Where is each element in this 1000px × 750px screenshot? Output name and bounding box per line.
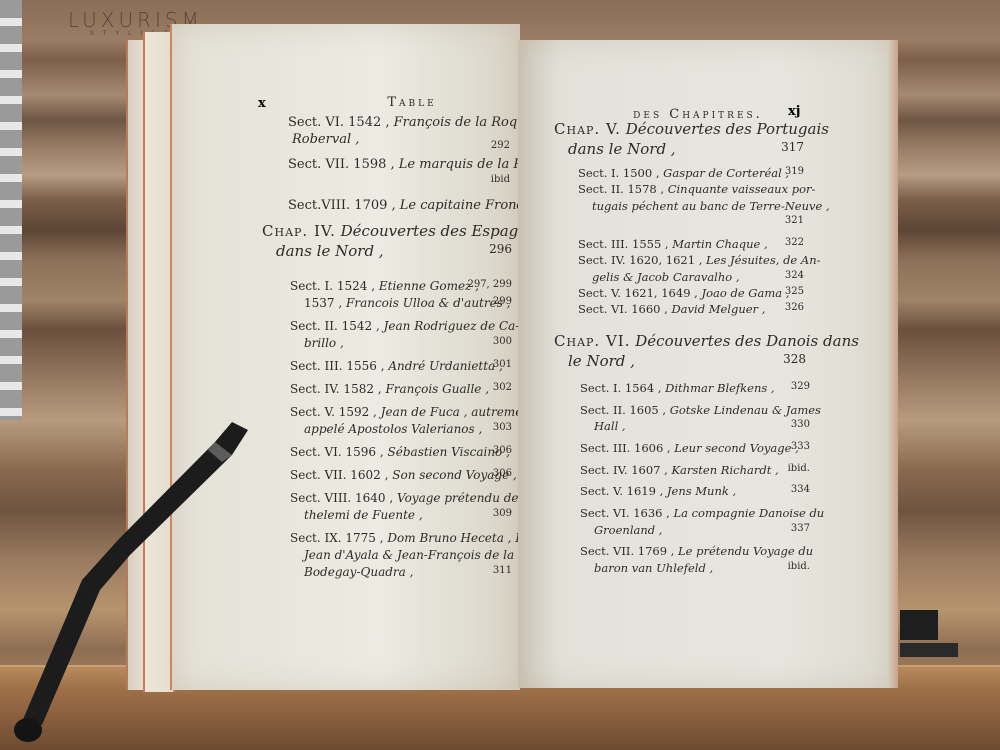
toc-entry: Sect. VII. 1602 , Son second Voyage ,306 xyxy=(290,467,512,484)
left-page: x Table Sect. VI. 1542 , François de la … xyxy=(170,24,520,690)
left-toc: Sect. VI. 1542 , François de la Roque de… xyxy=(288,114,510,215)
toc-entry-cont: Jean d'Ayala & Jean-François de la xyxy=(290,547,512,564)
background-blinds xyxy=(0,0,22,420)
right-page: des Chapitres. xj Chap. V. Découvertes d… xyxy=(518,40,890,688)
toc-entry: Sect. V. 1619 , Jens Munk ,334 xyxy=(580,483,810,500)
toc-entry: Sect.VIII. 1709 , Le capitaine Frondad ,… xyxy=(288,197,510,214)
toc-entry: Sect. III. 1555 , Martin Chaque ,322 xyxy=(578,236,804,252)
chapter-vi: Chap. VI. Découvertes des Danois dans le… xyxy=(554,332,806,372)
toc-entry-cont: brillo ,300 xyxy=(290,335,512,352)
toc-entry: Sect. VIII. 1640 , Voyage prétendu de Ba… xyxy=(290,490,512,507)
toc-entry: Sect. III. 1606 , Leur second Voyage ,33… xyxy=(580,440,810,457)
toc-entry: 1537 , Francois Ulloa & d'autres ,299 xyxy=(290,295,512,312)
toc-entry-cont: appelé Apostolos Valerianos ,303 xyxy=(290,421,512,438)
toc-entry: Sect. III. 1556 , André Urdanietta ,301 xyxy=(290,358,512,375)
toc-entry: Sect. VII. 1769 , Le prétendu Voyage du xyxy=(580,543,810,560)
toc-entry: Sect. I. 1564 , Dithmar Blefkens ,329 xyxy=(580,380,810,397)
right-page-edge xyxy=(888,40,898,688)
toc-entry: Sect. I. 1500 , Gaspar de Corteréal ,319 xyxy=(578,165,804,181)
toc-entry: Sect. II. 1542 , Jean Rodriguez de Ca- xyxy=(290,318,512,335)
toc-entry: Sect. VI. 1660 , David Melguer ,326 xyxy=(578,301,804,317)
toc-entry: Sect. V. 1592 , Jean de Fuca , autrement xyxy=(290,404,512,421)
left-folio: x xyxy=(258,96,266,111)
right-folio: xj xyxy=(788,104,800,119)
toc-entry-cont: Hall ,330 xyxy=(580,418,810,435)
toc-entry: Sect. VI. 1596 , Sébastien Viscaino ,306 xyxy=(290,444,512,461)
toc-entry-cont: tugais péchent au banc de Terre-Neuve , xyxy=(578,198,804,214)
toc-entry: Sect. VI. 1542 , François de la Roque de xyxy=(288,114,510,131)
toc-entry: Sect. II. 1605 , Gotske Lindenau & James xyxy=(580,402,810,419)
toc-entry: Sect. IV. 1620, 1621 , Les Jésuites, de … xyxy=(578,252,804,268)
chapter-v: Chap. V. Découvertes des Portugais dans … xyxy=(554,120,804,160)
toc-entry-page: 321 xyxy=(578,214,804,230)
toc-entry-cont: Roberval ,292 xyxy=(288,131,510,148)
toc-entry-cont: thelemi de Fuente ,309 xyxy=(290,507,512,524)
hinge-base xyxy=(900,643,958,657)
open-book: x Table Sect. VI. 1542 , François de la … xyxy=(118,22,908,690)
toc-entry: Sect. IV. 1582 , François Gualle ,302 xyxy=(290,381,512,398)
toc-entry-cont: Bodegay-Quadra ,311 xyxy=(290,564,512,581)
toc-entry: Sect. IV. 1607 , Karsten Richardt ,ibid. xyxy=(580,462,810,479)
toc-entry: Sect. II. 1578 , Cinquante vaisseaux por… xyxy=(578,181,804,197)
toc-entry-cont: baron van Uhlefeld ,ibid. xyxy=(580,560,810,577)
toc-entry: Sect. VI. 1636 , La compagnie Danoise du xyxy=(580,505,810,522)
toc-entry-cont: Groenland ,337 xyxy=(580,522,810,539)
chapter-iv-sections: Sect. I. 1524 , Etienne Gomez ,297, 299 … xyxy=(290,278,512,581)
toc-entry-page: ibid xyxy=(288,173,510,189)
toc-entry: Sect. VII. 1598 , Le marquis de la Roche… xyxy=(288,156,510,173)
toc-entry: Sect. I. 1524 , Etienne Gomez ,297, 299 xyxy=(290,278,512,295)
left-page-header: Table xyxy=(352,94,472,111)
toc-entry: Sect. V. 1621, 1649 , Joao de Gama ,325 xyxy=(578,285,804,301)
chapter-v-sections: Sect. I. 1500 , Gaspar de Corteréal ,319… xyxy=(578,165,804,318)
toc-entry-cont: gelis & Jacob Caravalho ,324 xyxy=(578,269,804,285)
toc-entry: Sect. IX. 1775 , Dom Bruno Heceta , Dom xyxy=(290,530,512,547)
chapter-iv: Chap. IV. Découvertes des Espagnols dans… xyxy=(262,222,512,262)
chapter-vi-sections: Sect. I. 1564 , Dithmar Blefkens ,329 Se… xyxy=(580,380,810,577)
